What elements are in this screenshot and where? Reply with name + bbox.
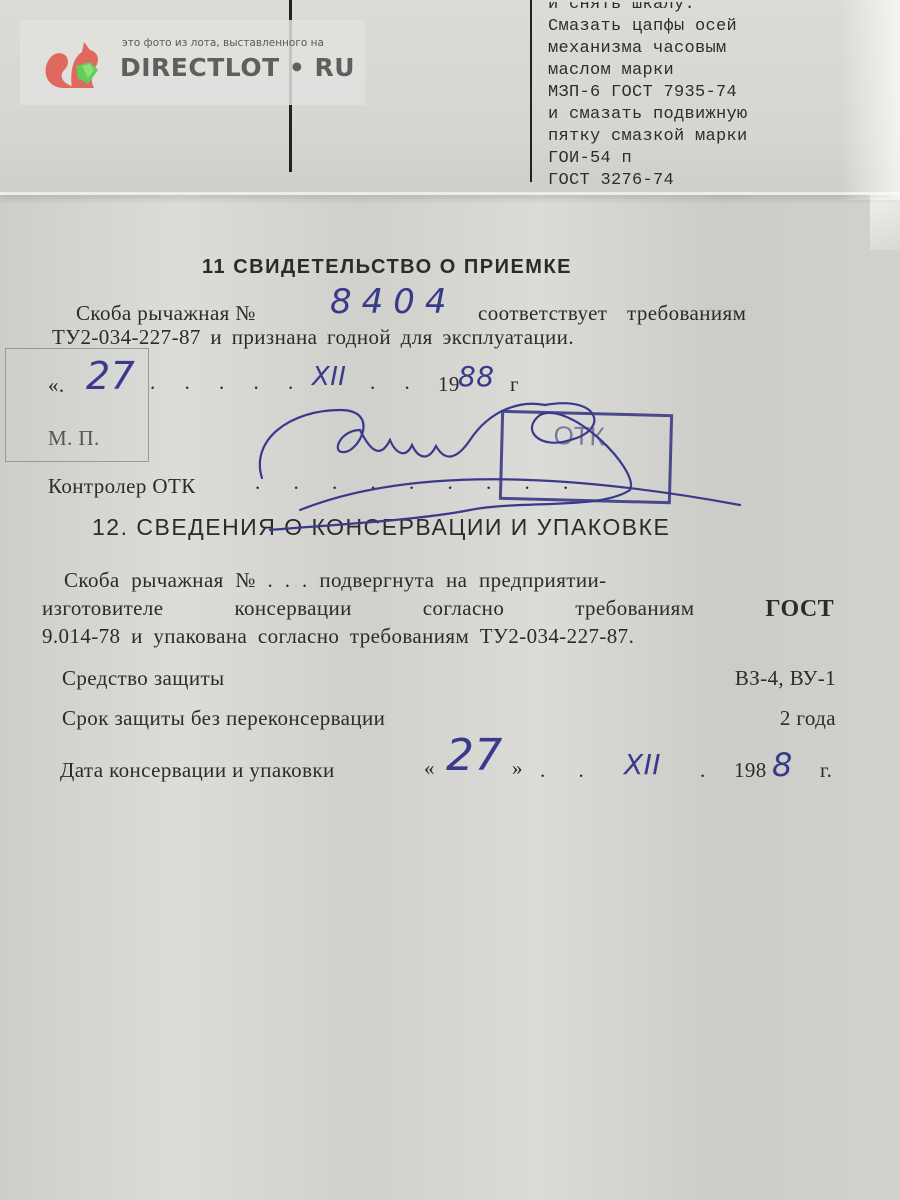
instruction-line: ГОИ-54 п	[548, 148, 808, 170]
acceptance-date-unit: г	[510, 372, 519, 397]
conservation-para-line-1: Скоба рычажная № . . . подвергнута на пр…	[64, 568, 607, 593]
otk-stamp-text: ОТК	[553, 420, 605, 452]
watermark-banner: это фото из лота, выставленного на DIREC…	[20, 20, 365, 105]
acceptance-date-year-prefix: 19	[438, 372, 460, 397]
watermark-caption: это фото из лота, выставленного на	[122, 37, 324, 49]
controller-label: Контролер ОТК	[48, 474, 196, 499]
section-11-title: 11 СВИДЕТЕЛЬСТВО О ПРИЕМКЕ	[202, 256, 572, 279]
protection-term-label: Срок защиты без переконсервации	[62, 706, 385, 731]
para-word: изготовителе	[42, 596, 164, 623]
conservation-para-line-3: 9.014-78 и упакована согласно требования…	[42, 624, 634, 649]
protection-term-value: 2 года	[780, 706, 836, 731]
para-word: консервации	[234, 596, 351, 623]
otk-stamp: ОТК	[499, 410, 673, 504]
conservation-date-year-suffix: 8	[772, 746, 793, 784]
instruction-line: и смазать подвижную	[548, 104, 808, 126]
instruction-line: пятку смазкой марки	[548, 126, 808, 148]
conservation-para-line-2: изготовителе консервации согласно требов…	[42, 596, 834, 623]
protection-means-value: ВЗ-4, ВУ-1	[735, 666, 836, 691]
table-column-divider	[530, 0, 532, 182]
date-dots: . .	[370, 370, 422, 395]
passport-page: 11 СВИДЕТЕЛЬСТВО О ПРИЕМКЕ Скоба рычажна…	[0, 190, 900, 1200]
conservation-date-label: Дата консервации и упаковки	[60, 758, 335, 783]
para-word: согласно	[423, 596, 504, 623]
section-12-title: 12. СВЕДЕНИЯ О КОНСЕРВАЦИИ И УПАКОВКЕ	[92, 514, 670, 541]
instruction-line: ГОСТ 3276-74	[548, 170, 808, 192]
para-word: требованиям	[575, 596, 694, 623]
instruction-line: Смазать цапфы осей	[548, 16, 808, 38]
acceptance-date-open-quote: «.	[48, 373, 65, 398]
squirrel-with-gem-icon	[42, 38, 108, 93]
conservation-date-year-prefix: 198	[734, 758, 767, 783]
instruction-line: механизма часовым	[548, 38, 808, 60]
serial-number-handwritten: 8404	[330, 282, 457, 322]
acceptance-date-year-suffix: 88	[458, 360, 494, 393]
instruction-line: маслом марки	[548, 60, 808, 82]
date-dots: . . . . .	[150, 370, 305, 395]
protection-means-label: Средство защиты	[62, 666, 225, 691]
conservation-date-day: 27	[446, 730, 503, 781]
maintenance-instructions: и снять шкалу. Смазать цапфы осей механи…	[548, 0, 808, 192]
conservation-date-month: XII	[624, 748, 661, 781]
acceptance-line-2: ТУ2-034-227-87 и признана годной для экс…	[52, 325, 574, 350]
conservation-date-unit: г.	[820, 758, 832, 783]
acceptance-date-month: XII	[312, 362, 346, 392]
acceptance-line-1-suffix: соответствует требованиям	[478, 301, 746, 326]
instruction-line: и снять шкалу.	[548, 0, 808, 16]
seal-label: М. П.	[48, 426, 100, 451]
watermark-brand: DIRECTLOT • RU	[120, 53, 355, 82]
acceptance-date-day: 27	[86, 354, 135, 398]
para-word: ГОСТ	[765, 596, 834, 623]
paper-fold-highlight	[840, 0, 900, 200]
acceptance-line-1-prefix: Скоба рычажная №	[76, 301, 256, 326]
instruction-line: МЗП-6 ГОСТ 7935-74	[548, 82, 808, 104]
